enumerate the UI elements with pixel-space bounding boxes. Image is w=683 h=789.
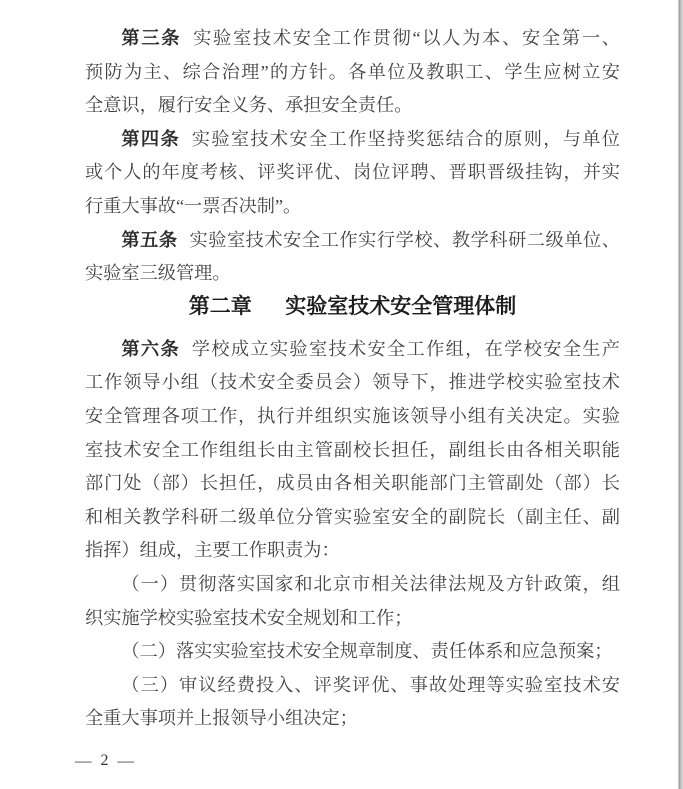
page-number: 2 <box>101 752 109 770</box>
article-paragraph: 第五条实验室技术安全工作实行学校、教学科研二级单位、实验室三级管理。 <box>85 224 620 291</box>
text-line: 实验室三级管理。 <box>85 257 620 291</box>
page-right-edge <box>676 0 683 789</box>
text-line: （一）贯彻落实国家和北京市相关法律法规及方针政策，组 <box>85 568 620 602</box>
footer-dash-left: — <box>75 751 92 771</box>
list-item-paragraph: （一）贯彻落实国家和北京市相关法律法规及方针政策，组织实施学校实验室技术安全规划… <box>85 568 620 635</box>
list-item-paragraph: （二）落实实验室技术安全规章制度、责任体系和应急预案； <box>85 635 620 669</box>
text-line: 和相关教学科研二级单位分管实验室安全的副院长（副主任、副 <box>85 501 620 535</box>
text-line: 全重大事项并上报领导小组决定； <box>85 702 620 736</box>
article-number-label: 第四条 <box>121 129 180 149</box>
text-line: 或个人的年度考核、评奖评优、岗位评聘、晋职晋级挂钩，并实 <box>85 156 620 190</box>
line-text: 学校成立实验室技术安全工作组，在学校安全生产 <box>192 339 620 359</box>
text-line: 工作领导小组（技术安全委员会）领导下，推进学校实验室技术 <box>85 366 620 400</box>
text-line: 第六条学校成立实验室技术安全工作组，在学校安全生产 <box>85 333 620 367</box>
footer-dash-right: — <box>118 751 135 771</box>
article-number-label: 第三条 <box>121 28 181 48</box>
page-footer: — 2 — <box>75 751 134 771</box>
text-line: 全意识，履行安全义务、承担安全责任。 <box>85 89 620 123</box>
chapter-heading: 第二章实验室技术安全管理体制 <box>85 295 620 319</box>
text-line: 第三条实验室技术安全工作贯彻“以人为本、安全第一、 <box>85 22 620 56</box>
document-page: 第三条实验室技术安全工作贯彻“以人为本、安全第一、预防为主、综合治理”的方针。各… <box>0 0 683 789</box>
text-line: （二）落实实验室技术安全规章制度、责任体系和应急预案； <box>85 635 620 669</box>
text-line: 预防为主、综合治理”的方针。各单位及教职工、学生应树立安 <box>85 56 620 90</box>
text-line: 安全管理各项工作，执行并组织实施该领导小组有关决定。实验 <box>85 400 620 434</box>
article-number-label: 第六条 <box>121 339 180 359</box>
list-item-paragraph: （三）审议经费投入、评奖评优、事故处理等实验室技术安全重大事项并上报领导小组决定… <box>85 669 620 736</box>
chapter-title: 实验室技术安全管理体制 <box>285 295 516 318</box>
article-number-label: 第五条 <box>121 230 177 250</box>
article-paragraph: 第四条实验室技术安全工作坚持奖惩结合的原则，与单位或个人的年度考核、评奖评优、岗… <box>85 123 620 224</box>
text-line: 指挥）组成，主要工作职责为： <box>85 534 620 568</box>
article-paragraph: 第六条学校成立实验室技术安全工作组，在学校安全生产工作领导小组（技术安全委员会）… <box>85 333 620 568</box>
text-line: 室技术安全工作组组长由主管副校长担任，副组长由各相关职能 <box>85 434 620 468</box>
line-text: 实验室技术安全工作实行学校、教学科研二级单位、 <box>189 230 620 250</box>
line-text: 实验室技术安全工作贯彻“以人为本、安全第一、 <box>193 28 620 48</box>
chapter-number: 第二章 <box>189 295 252 318</box>
article-paragraph: 第三条实验室技术安全工作贯彻“以人为本、安全第一、预防为主、综合治理”的方针。各… <box>85 22 620 123</box>
text-line: （三）审议经费投入、评奖评优、事故处理等实验室技术安 <box>85 669 620 703</box>
text-line: 第四条实验室技术安全工作坚持奖惩结合的原则，与单位 <box>85 123 620 157</box>
document-content: 第三条实验室技术安全工作贯彻“以人为本、安全第一、预防为主、综合治理”的方针。各… <box>85 22 620 736</box>
text-line: 织实施学校实验室技术安全规划和工作； <box>85 602 620 636</box>
text-line: 第五条实验室技术安全工作实行学校、教学科研二级单位、 <box>85 224 620 258</box>
text-line: 行重大事故“一票否决制”。 <box>85 190 620 224</box>
line-text: 实验室技术安全工作坚持奖惩结合的原则，与单位 <box>192 129 620 149</box>
text-line: 部门处（部）长担任，成员由各相关职能部门主管副处（部）长 <box>85 467 620 501</box>
